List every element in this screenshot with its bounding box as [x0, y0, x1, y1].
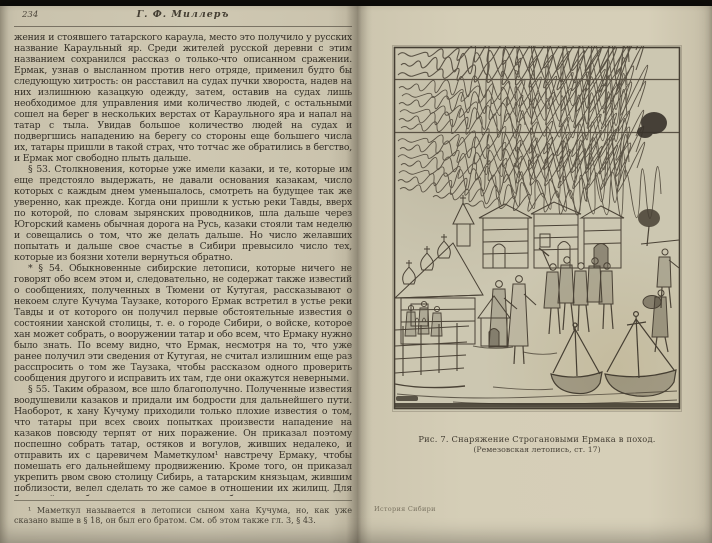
manuscript-text-scribbles — [395, 46, 679, 219]
figure-caption-line1: Рис. 7. Снаряжение Строгановыми Ермака в… — [393, 434, 681, 444]
buildings-drawing — [479, 202, 624, 268]
tree-drawing — [638, 209, 679, 246]
body-text: жения и стоявшего татарского караула, ме… — [14, 32, 352, 496]
footnote-rule — [14, 500, 352, 501]
figure-caption: Рис. 7. Снаряжение Строгановыми Ермака в… — [393, 434, 681, 454]
figure-caption-line2: (Ремезовская летопись, ст. 17) — [393, 445, 681, 454]
figure-illustration — [393, 46, 681, 411]
footnote: ¹ Маметкул называется в летописи сыном х… — [14, 506, 352, 525]
left-page: 234 Г. Ф. Миллеръ жения и стоявшего тата… — [0, 6, 357, 543]
corner-smudge — [396, 396, 418, 401]
header-rule — [14, 26, 352, 27]
engraving-drawing — [393, 46, 681, 411]
ink-blot — [637, 112, 667, 138]
right-page: Рис. 7. Снаряжение Строгановыми Ермака в… — [357, 6, 712, 543]
running-title: Г. Ф. Миллеръ — [14, 9, 352, 20]
engraving-bottom-band — [395, 403, 679, 408]
book-spread-scan: 234 Г. Ф. Миллеръ жения и стоявшего тата… — [0, 0, 712, 543]
paragraph-53: § 53. Столкновения, которые уже имели ка… — [14, 164, 352, 263]
paragraph-55: § 55. Таким образом, все шло благополучн… — [14, 384, 352, 496]
paragraph-54: * § 54. Обыкновенные сибирские летописи,… — [14, 263, 352, 384]
book-title-footer: История Сибири — [374, 505, 436, 513]
paragraph-continuation: жения и стоявшего татарского караула, ме… — [14, 32, 352, 164]
